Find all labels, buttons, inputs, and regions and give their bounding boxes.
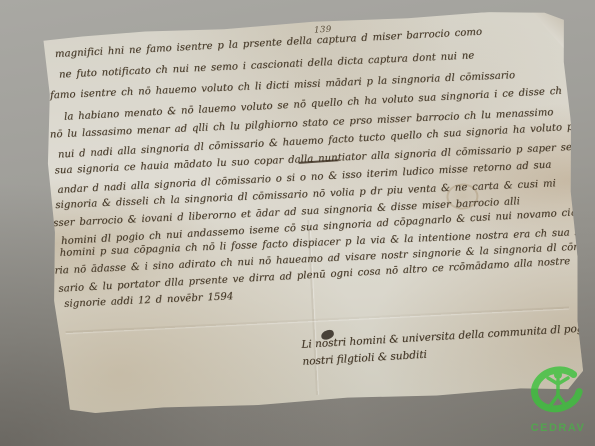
watermark-icon xyxy=(525,358,591,424)
manuscript-line-15-date: signorie addi 12 d novēbr 1594 xyxy=(64,291,234,310)
watermark-text: CEDRAV xyxy=(521,422,595,434)
manuscript-paper: 139 magnifici hni ne famo isentre p la p… xyxy=(40,8,584,415)
watermark-logo: CEDRAV xyxy=(521,358,595,446)
paper-fold xyxy=(519,8,567,60)
photo-background: 139 magnifici hni ne famo isentre p la p… xyxy=(0,0,595,446)
